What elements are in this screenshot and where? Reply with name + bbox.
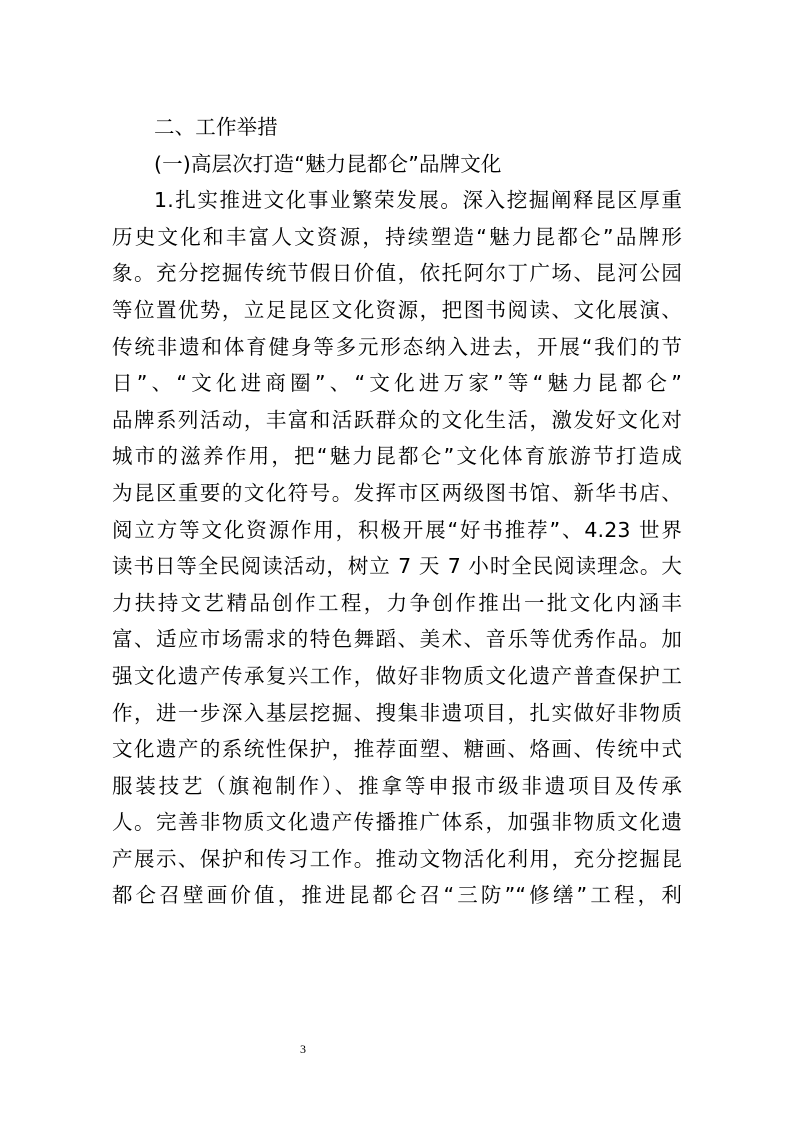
paragraph-line: 日”、“文化进商圈”、“文化进万家”等“魅力昆都仑” — [112, 365, 682, 402]
paragraph-line: 品牌系列活动，丰富和活跃群众的文化生活，激发好文化对 — [112, 402, 682, 439]
page-number: 3 — [300, 1042, 306, 1057]
paragraph-line: 城市的滋养作用，把“魅力昆都仑”文化体育旅游节打造成 — [112, 438, 682, 475]
paragraph-line: 富、适应市场需求的特色舞蹈、美术、音乐等优秀作品。加 — [112, 621, 682, 658]
paragraph-line: 产展示、保护和传习工作。推动文物活化利用，充分挖掘昆 — [112, 841, 682, 878]
paragraph-line: 读书日等全民阅读活动，树立 7 天 7 小时全民阅读理念。大 — [112, 548, 682, 585]
paragraph-line: 力扶持文艺精品创作工程，力争创作推出一批文化内涵丰 — [112, 585, 682, 622]
paragraph-line: 阅立方等文化资源作用，积极开展“好书推荐”、4.23 世界 — [112, 512, 682, 549]
paragraph-line: 等位置优势，立足昆区文化资源，把图书阅读、文化展演、 — [112, 292, 682, 329]
paragraph-line: 象。充分挖掘传统节假日价值，依托阿尔丁广场、昆河公园 — [112, 255, 682, 292]
paragraph-line: 传统非遗和体育健身等多元形态纳入进去，开展“我们的节 — [112, 329, 682, 366]
paragraph-line: 作，进一步深入基层挖掘、搜集非遗项目，扎实做好非物质 — [112, 695, 682, 732]
body-paragraph: 1.扎实推进文化事业繁荣发展。深入挖掘阐释昆区厚重 历史文化和丰富人文资源，持续… — [112, 182, 682, 914]
document-page: 二、工作举措 (一)高层次打造“魅力昆都仑”品牌文化 1.扎实推进文化事业繁荣发… — [112, 109, 682, 914]
section-heading: 二、工作举措 — [112, 109, 682, 146]
paragraph-line: 都仑召壁画价值，推进昆都仑召“三防”“修缮”工程，利 — [112, 877, 682, 914]
paragraph-line: 为昆区重要的文化符号。发挥市区两级图书馆、新华书店、 — [112, 475, 682, 512]
paragraph-line: 1.扎实推进文化事业繁荣发展。深入挖掘阐释昆区厚重 — [112, 182, 682, 219]
paragraph-line: 强文化遗产传承复兴工作，做好非物质文化遗产普查保护工 — [112, 658, 682, 695]
subsection-heading: (一)高层次打造“魅力昆都仑”品牌文化 — [112, 146, 682, 183]
paragraph-line: 人。完善非物质文化遗产传播推广体系，加强非物质文化遗 — [112, 804, 682, 841]
paragraph-line: 历史文化和丰富人文资源，持续塑造“魅力昆都仑”品牌形 — [112, 219, 682, 256]
paragraph-line: 文化遗产的系统性保护，推荐面塑、糖画、烙画、传统中式 — [112, 731, 682, 768]
paragraph-line: 服装技艺（旗袍制作）、推拿等申报市级非遗项目及传承 — [112, 768, 682, 805]
